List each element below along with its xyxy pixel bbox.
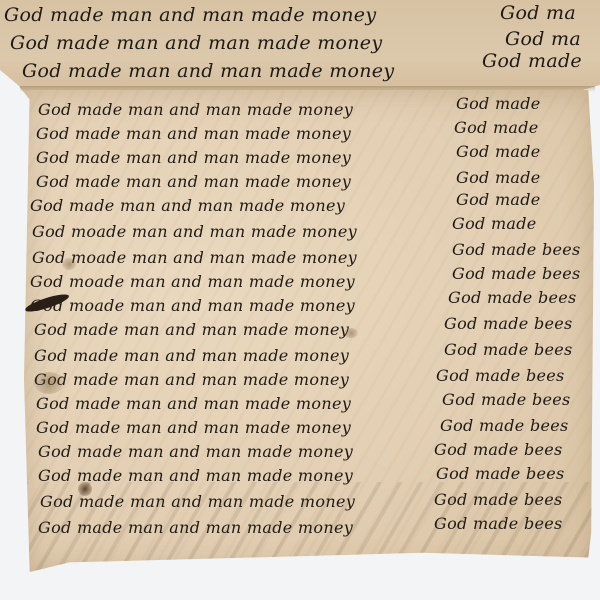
main-line-5: God made man and man made money	[30, 196, 345, 215]
top-line-3-left: God made man and man made money	[22, 60, 394, 82]
stain	[78, 482, 92, 496]
side-line-10: God made bees	[444, 314, 573, 333]
main-line-14: God made man and man made money	[36, 418, 351, 437]
main-line-7: God moade man and man made money	[32, 248, 357, 267]
side-line-2: God made	[454, 118, 539, 137]
main-line-10: God made man and man made money	[34, 320, 349, 339]
top-line-2-left: God made man and man made money	[10, 32, 382, 54]
main-line-1: God made man and man made money	[38, 100, 353, 119]
stain	[34, 372, 64, 394]
side-line-16: God made bees	[436, 464, 565, 483]
side-line-13: God made bees	[442, 390, 571, 409]
side-line-18: God made bees	[434, 514, 563, 533]
side-line-4: God made	[456, 168, 541, 187]
side-line-5: God made	[456, 190, 541, 209]
main-line-11: God made man and man made money	[34, 346, 349, 365]
main-line-2: God made man and man made money	[36, 124, 351, 143]
main-page: God made man and man made money God made…	[24, 90, 594, 572]
side-line-9: God made bees	[448, 288, 577, 307]
main-line-12: God made man and man made money	[34, 370, 349, 389]
main-line-6: God moade man and man made money	[32, 222, 357, 241]
stain	[344, 328, 358, 338]
main-line-3: God made man and man made money	[36, 148, 351, 167]
top-line-2-right: God ma	[505, 28, 581, 50]
main-line-13: God made man and man made money	[36, 394, 351, 413]
top-line-1-left: God made man and man made money	[4, 4, 376, 26]
top-line-1-right: God ma	[500, 2, 576, 24]
side-line-11: God made bees	[444, 340, 573, 359]
copybook-photo: God made man and man made money God ma G…	[0, 0, 600, 600]
main-line-8: God moade man and man made money	[30, 272, 355, 291]
side-line-14: God made bees	[440, 416, 569, 435]
main-line-16: God made man and man made money	[38, 466, 353, 485]
side-line-6: God made	[452, 214, 537, 233]
top-page: God made man and man made money God ma G…	[0, 0, 600, 100]
side-line-8: God made bees	[452, 264, 581, 283]
main-line-4: God made man and man made money	[36, 172, 351, 191]
main-line-17: God made man and man made money	[40, 492, 355, 511]
side-line-1: God made	[456, 94, 541, 113]
main-line-15: God made man and man made money	[38, 442, 353, 461]
stain	[62, 258, 76, 270]
side-line-15: God made bees	[434, 440, 563, 459]
side-line-17: God made bees	[434, 490, 563, 509]
main-line-9: God moade man and man made money	[30, 296, 355, 315]
side-line-3: God made	[456, 142, 541, 161]
side-line-7: God made bees	[452, 240, 581, 259]
side-line-12: God made bees	[436, 366, 565, 385]
main-line-18: God made man and man made money	[38, 518, 353, 537]
top-line-3-right: God made	[482, 50, 582, 72]
